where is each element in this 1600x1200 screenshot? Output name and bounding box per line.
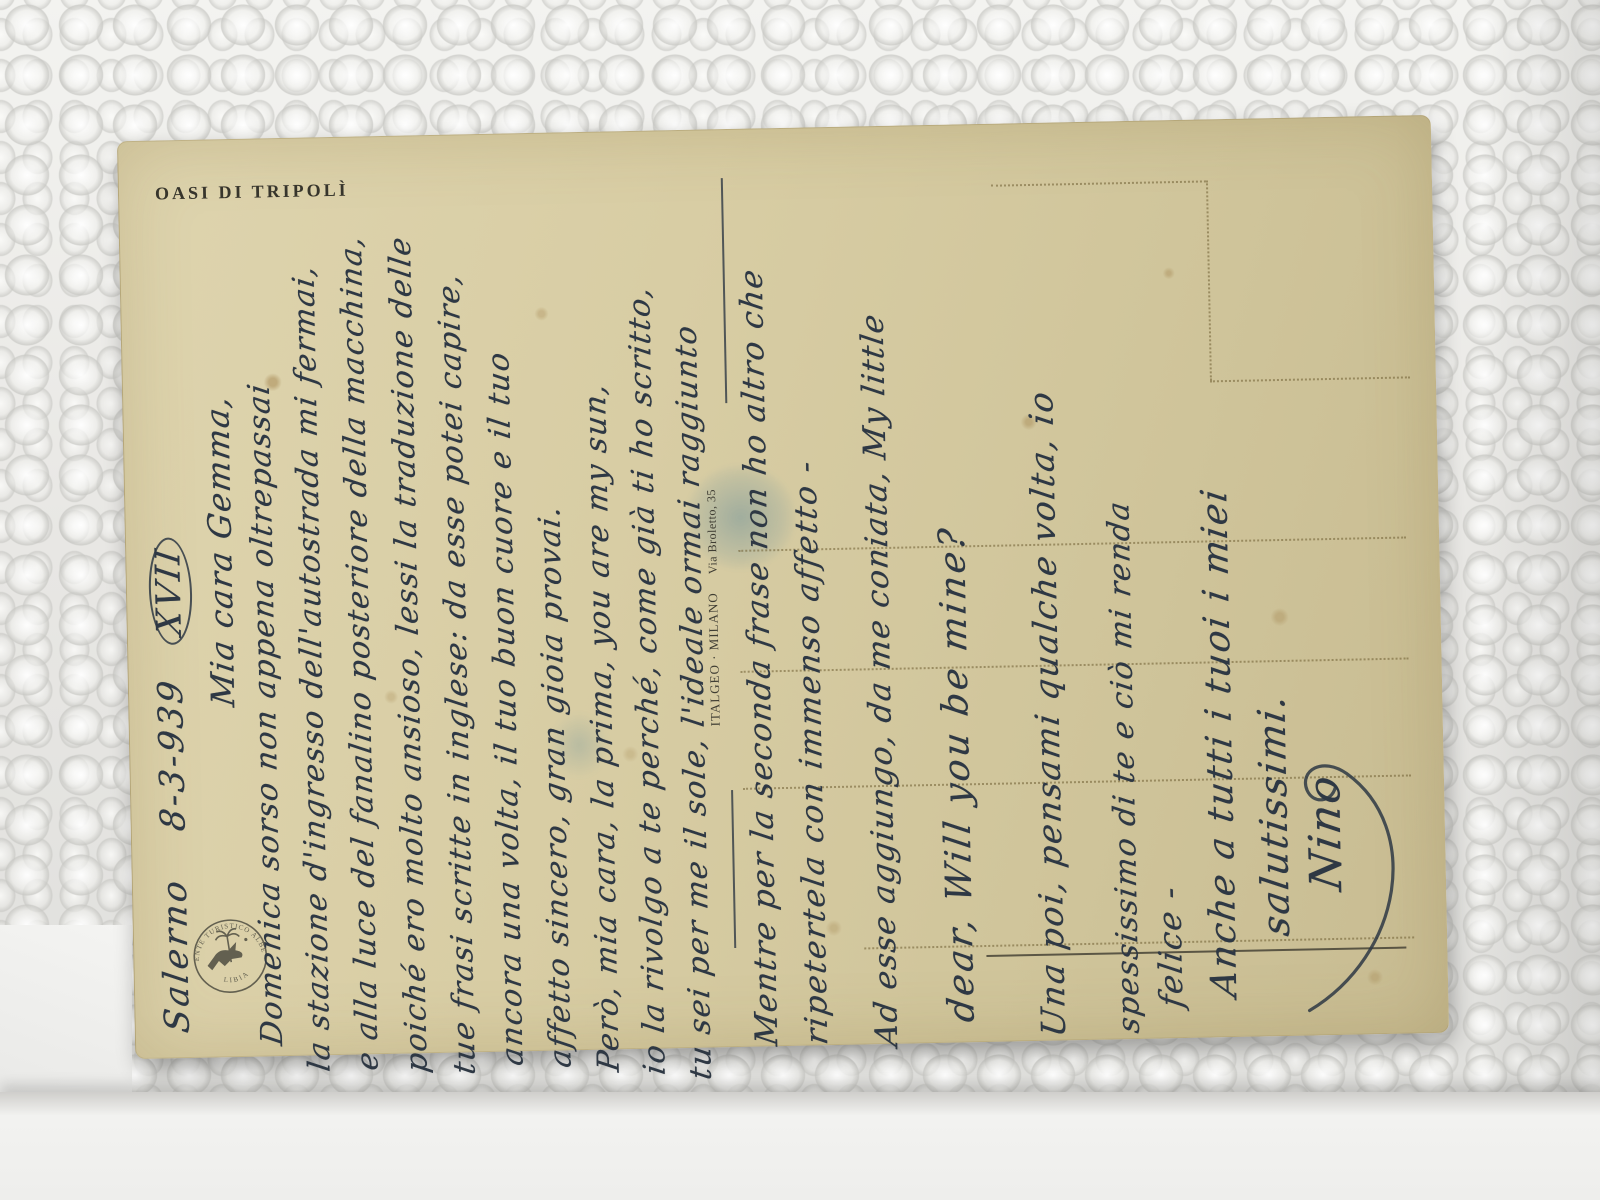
- svg-text:LIBIA: LIBIA: [222, 968, 253, 985]
- dateline-place: Salerno: [155, 875, 198, 1035]
- signature-flourish: [1270, 716, 1436, 1019]
- stamp-arc-bottom-text: LIBIA: [222, 968, 253, 985]
- handwritten-line: felice -: [1152, 884, 1190, 1010]
- table-surface: [0, 1092, 1600, 1200]
- gazelle-icon: [205, 941, 245, 970]
- stamp-star: [244, 938, 248, 942]
- handwritten-salutation: Mia cara Gemma,: [200, 393, 242, 709]
- postcard-back: OASI DI TRIPOLÌ ENTE TURISTICO ALBERGHIE…: [118, 116, 1448, 1058]
- card-caption: OASI DI TRIPOLÌ: [155, 180, 349, 205]
- right-edge-shadow: [1480, 0, 1600, 1200]
- dateline-era: XVII: [148, 534, 194, 648]
- postcard: OASI DI TRIPOLÌ ENTE TURISTICO ALBERGHIE…: [117, 115, 1449, 1059]
- dateline-date: 8-3-939: [151, 676, 194, 834]
- table-surface-corner: [0, 925, 132, 1100]
